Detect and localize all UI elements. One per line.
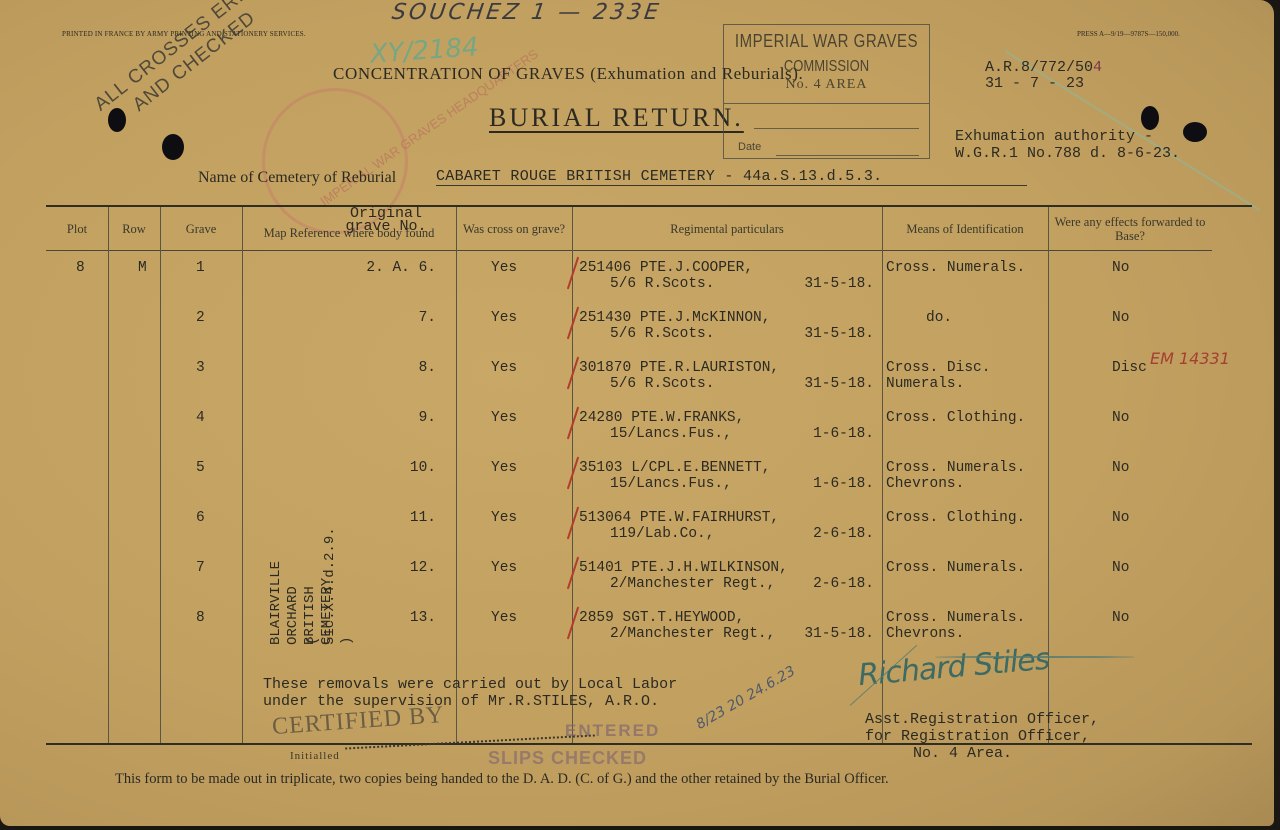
identification-line1: Cross. Numerals. (886, 560, 1025, 576)
slips-checked-stamp: SLIPS CHECKED (488, 748, 647, 769)
identification-line1: Cross. Numerals. (886, 260, 1025, 276)
identification-line1: Cross. Clothing. (886, 510, 1025, 526)
grave-number: 7 (196, 560, 205, 576)
death-date: 2-6-18. (726, 576, 874, 592)
death-date: 31-5-18. (726, 626, 874, 642)
grave-number: 8 (196, 610, 205, 626)
red-check-mark (567, 607, 579, 640)
col-identification: Means of Identification (882, 207, 1048, 250)
cross-on-grave: Yes (491, 460, 517, 476)
effects-forwarded: No (1112, 460, 1129, 476)
iwgc-area-stamp: IMPERIAL WAR GRAVES COMMISSION No. 4 ARE… (723, 24, 930, 159)
regimental-line1: 2859 SGT.T.HEYWOOD, (579, 610, 744, 626)
death-date: 31-5-18. (726, 326, 874, 342)
identification-line1: Cross. Disc. (886, 360, 990, 376)
identification-line2: Chevrons. (886, 476, 964, 492)
identification-line2: Chevrons. (886, 626, 964, 642)
regimental-line1: 301870 PTE.R.LAURISTON, (579, 360, 779, 376)
row-value: M (138, 260, 147, 276)
original-grave-number: 9. (346, 410, 436, 426)
regimental-line1: 35103 L/CPL.E.BENNETT, (579, 460, 770, 476)
identification-line1: Cross. Clothing. (886, 410, 1025, 426)
regimental-line1: 513064 PTE.W.FAIRHURST, (579, 510, 779, 526)
cross-on-grave: Yes (491, 610, 517, 626)
effects-forwarded: No (1112, 510, 1129, 526)
regimental-line1: 251430 PTE.J.McKINNON, (579, 310, 770, 326)
original-grave-number: 11. (346, 510, 436, 526)
burial-table: Plot Row Grave Map Reference where body … (46, 205, 1252, 745)
punch-hole (162, 134, 184, 160)
original-grave-number: 13. (346, 610, 436, 626)
signature-flourish (935, 656, 1135, 658)
punch-hole (1183, 122, 1207, 142)
map-reference-vertical: BLAIRVILLE ORCHARD BRITISH CEMETERY ( 51… (268, 315, 328, 645)
effects-forwarded: No (1112, 260, 1129, 276)
grave-number: 2 (196, 310, 205, 326)
cross-on-grave: Yes (491, 410, 517, 426)
ar-date: 31 - 7 - 23 (985, 76, 1102, 92)
col-effects: Were any effects forwarded to Base? (1048, 207, 1212, 250)
grave-number: 1 (196, 260, 205, 276)
plot-value: 8 (76, 260, 85, 276)
stamp-date-label: Date (738, 141, 761, 153)
regimental-line1: 251406 PTE.J.COOPER, (579, 260, 753, 276)
footer-instruction: This form to be made out in triplicate, … (115, 771, 889, 788)
cemetery-label: Name of Cemetery of Reburial (198, 169, 396, 187)
grave-number: 4 (196, 410, 205, 426)
disc-annotation: EM 14331 (1150, 349, 1230, 368)
red-check-mark (567, 507, 579, 540)
col-original-grave: Original grave No. (341, 207, 431, 233)
red-check-mark (567, 557, 579, 590)
cross-on-grave: Yes (491, 260, 517, 276)
identification-line1: do. (926, 310, 952, 326)
identification-line1: Cross. Numerals. (886, 460, 1025, 476)
death-date: 31-5-18. (726, 276, 874, 292)
red-check-mark (567, 457, 579, 490)
red-check-mark (567, 357, 579, 390)
original-grave-number: 2. A. 6. (346, 260, 436, 276)
removal-note: These removals were carried out by Local… (263, 676, 677, 710)
col-cross-on-grave: Was cross on grave? (456, 207, 572, 250)
stamp-divider (724, 103, 929, 104)
grave-number: 5 (196, 460, 205, 476)
cemetery-value: CABARET ROUGE BRITISH CEMETERY - 44a.S.1… (436, 168, 1027, 186)
regimental-unit: 5/6 R.Scots. (610, 276, 714, 292)
press-code: PRESS A—9/19—9787S—150,000. (1077, 30, 1180, 38)
cross-on-grave: Yes (491, 360, 517, 376)
cross-on-grave: Yes (491, 310, 517, 326)
original-grave-number: 12. (346, 560, 436, 576)
ar-reference: A.R.8/772/504 31 - 7 - 23 (985, 60, 1102, 92)
effects-forwarded: No (1112, 310, 1129, 326)
cross-on-grave: Yes (491, 510, 517, 526)
death-date: 31-5-18. (726, 376, 874, 392)
regimental-unit: 15/Lancs.Fus., (610, 476, 732, 492)
punch-hole (108, 108, 126, 132)
grave-number: 6 (196, 510, 205, 526)
grave-number: 3 (196, 360, 205, 376)
original-grave-number: 8. (346, 360, 436, 376)
cross-on-grave: Yes (491, 560, 517, 576)
death-date: 1-6-18. (726, 426, 874, 442)
entered-stamp: ENTERED (565, 721, 660, 741)
punch-hole (1141, 106, 1159, 130)
red-check-mark (567, 257, 579, 290)
effects-forwarded: Disc (1112, 360, 1147, 376)
death-date: 2-6-18. (726, 526, 874, 542)
regimental-unit: 15/Lancs.Fus., (610, 426, 732, 442)
death-date: 1-6-18. (726, 476, 874, 492)
identification-line1: Cross. Numerals. (886, 610, 1025, 626)
identification-line2: Numerals. (886, 376, 964, 392)
col-plot: Plot (46, 207, 108, 250)
red-check-mark (567, 307, 579, 340)
col-row: Row (108, 207, 160, 250)
effects-forwarded: No (1112, 610, 1129, 626)
regimental-unit: 5/6 R.Scots. (610, 376, 714, 392)
col-grave: Grave (160, 207, 242, 250)
original-grave-number: 7. (346, 310, 436, 326)
exhumation-authority: Exhumation authority - W.G.R.1 No.788 d.… (955, 128, 1180, 162)
original-grave-number: 10. (346, 460, 436, 476)
effects-forwarded: No (1112, 410, 1129, 426)
regimental-line1: 51401 PTE.J.H.WILKINSON, (579, 560, 788, 576)
burial-return-form: PRINTED IN FRANCE BY ARMY PRINTING AND S… (0, 0, 1274, 826)
form-heading-burial-return: BURIAL RETURN. (489, 103, 744, 133)
regimental-line1: 24280 PTE.W.FRANKS, (579, 410, 744, 426)
effects-forwarded: No (1112, 560, 1129, 576)
initialled-label: Initialled (290, 750, 340, 762)
regimental-unit: 5/6 R.Scots. (610, 326, 714, 342)
col-regimental: Regimental particulars (572, 207, 882, 250)
regimental-unit: 119/Lab.Co., (610, 526, 714, 542)
red-check-mark (567, 407, 579, 440)
handwritten-souchez-ref: SOUCHEZ 1 — 233E (390, 0, 663, 25)
officer-title: Asst.Registration Officer, for Registrat… (865, 711, 1099, 762)
